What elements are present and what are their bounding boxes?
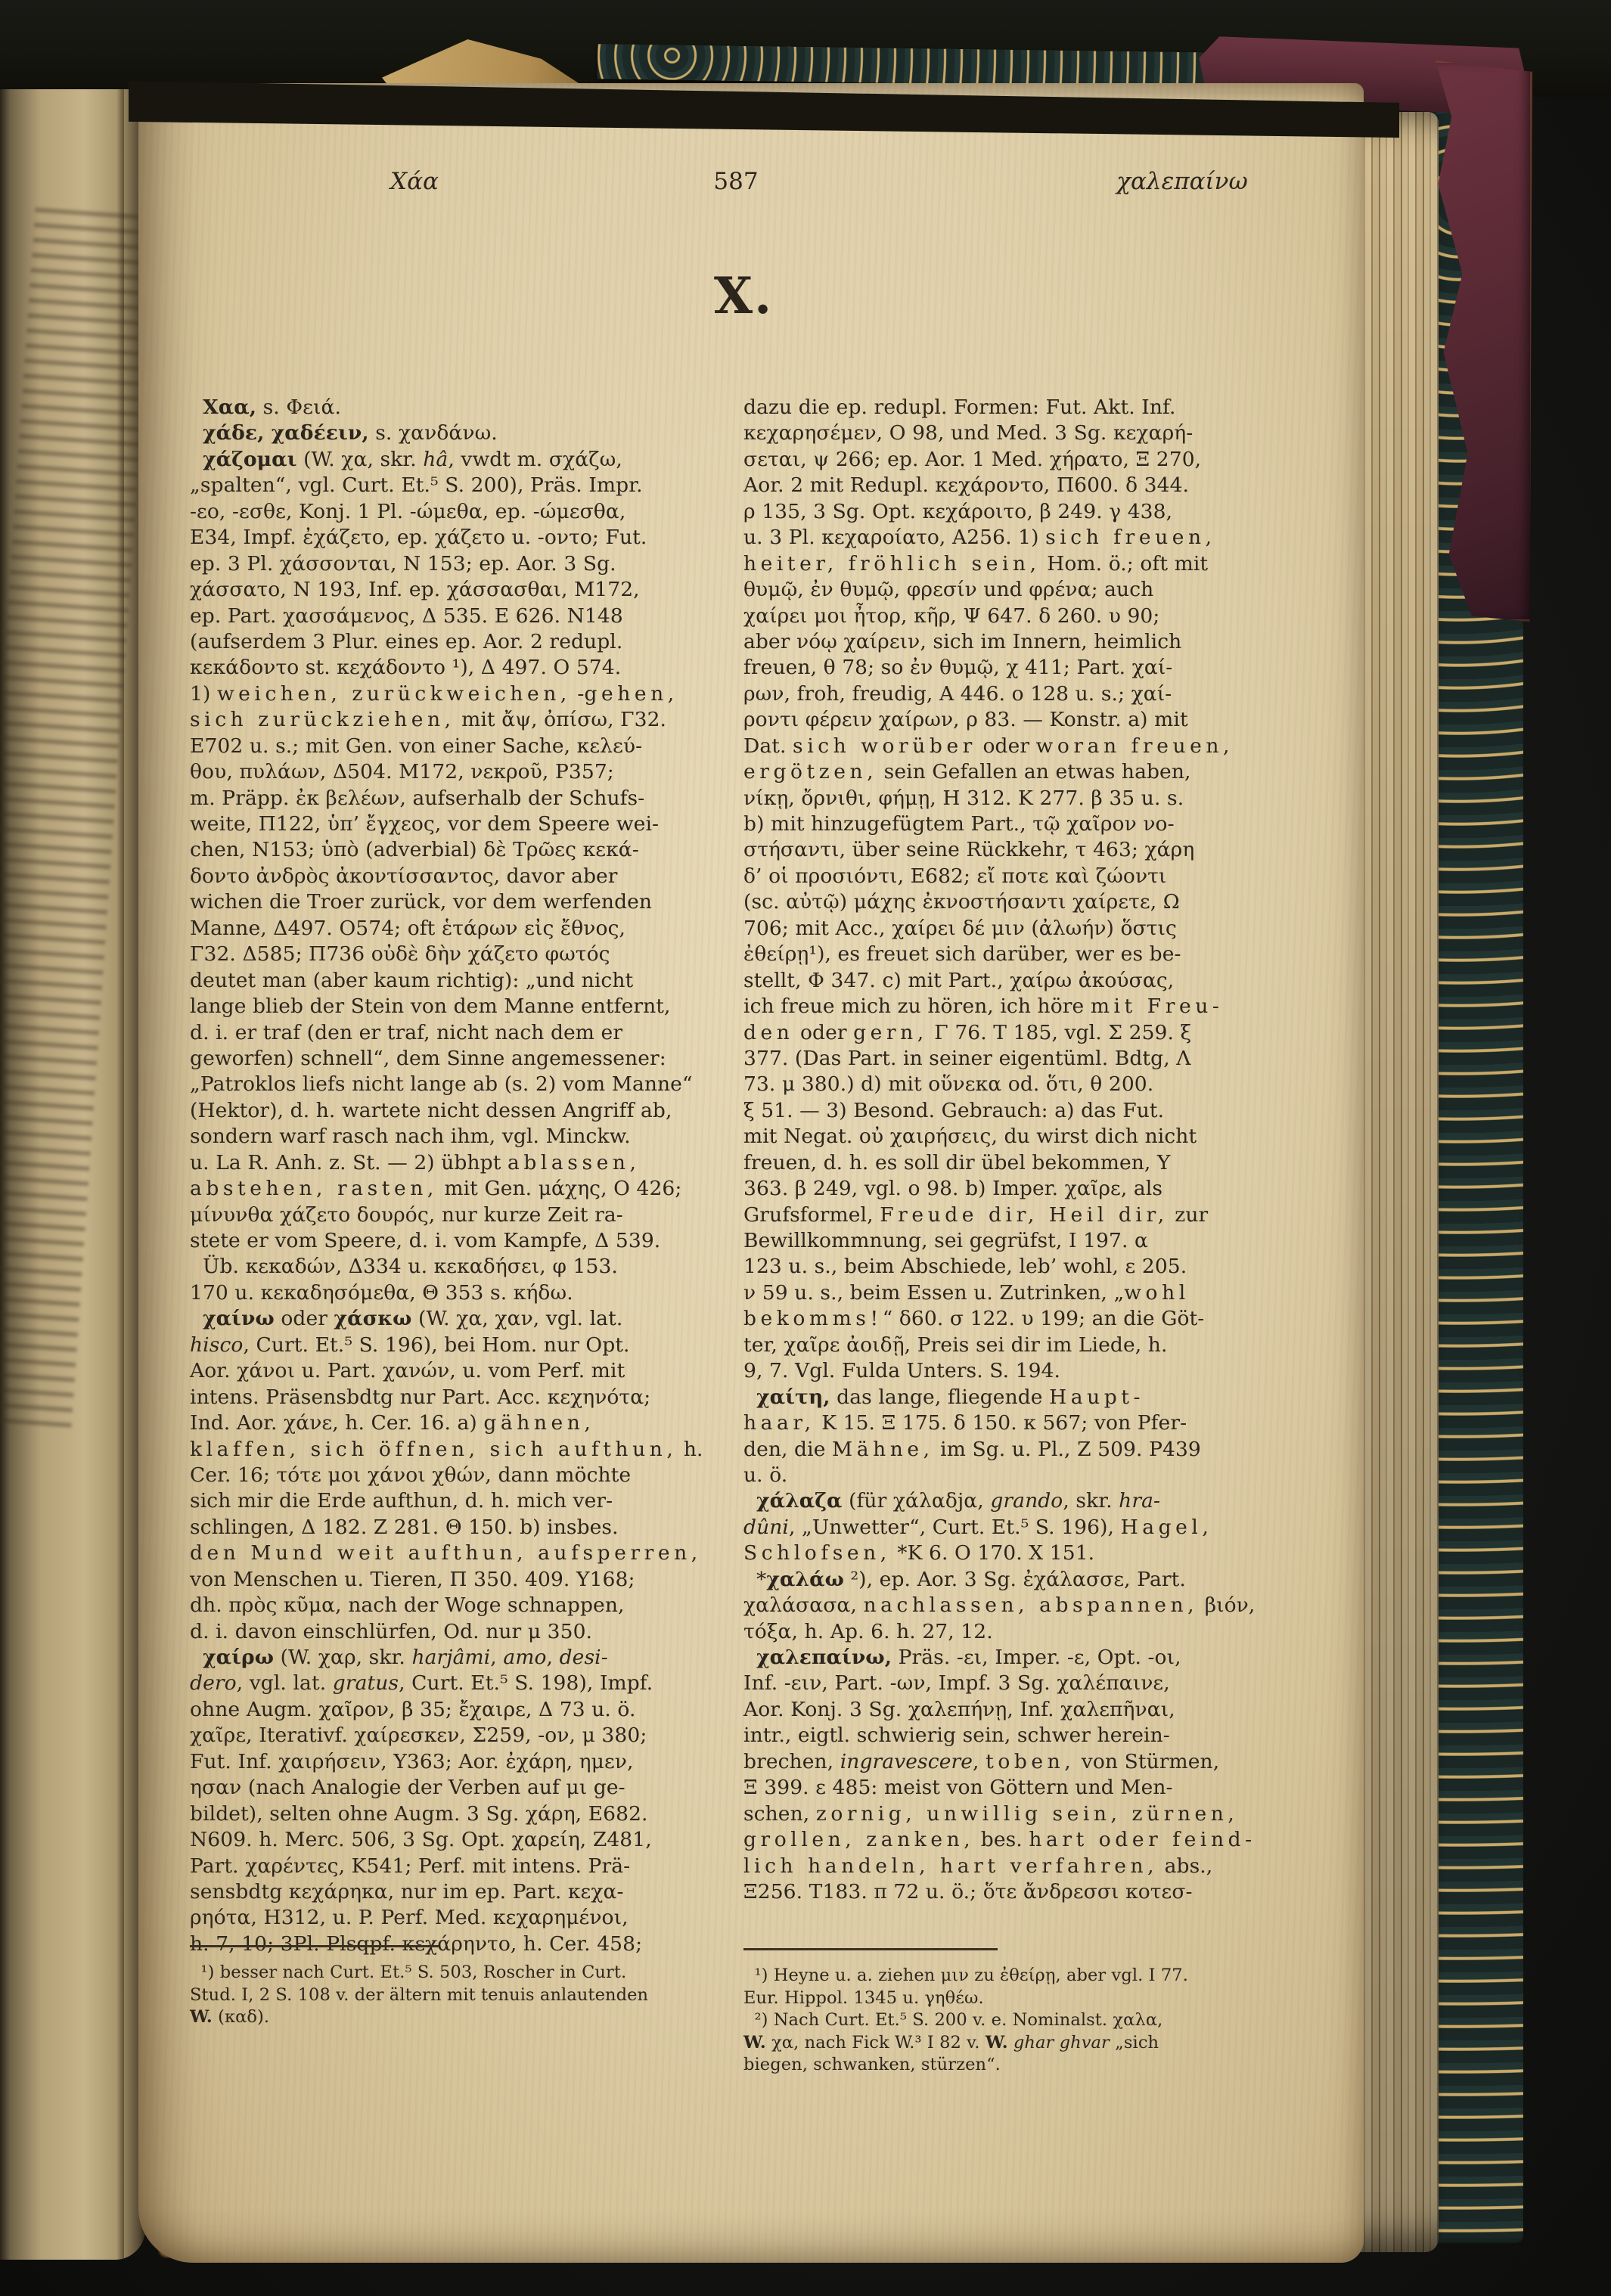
- page-block-edges: [1358, 112, 1439, 2252]
- text-line: Aor. Konj. 3 Sg. χαλεπήνῃ, Inf. χαλεπῆνα…: [743, 1697, 1297, 1723]
- text-line: stete er vom Speere, d. i. vom Kampfe, Δ…: [190, 1228, 730, 1254]
- text-line: abstehen, rasten, mit Gen. μάχης, Ο 426;: [190, 1176, 730, 1202]
- text-line: Üb. κεκαδών, Δ334 u. κεκαδήσει, φ 153.: [190, 1254, 730, 1280]
- text-line: 377. (Das Part. in seiner eigentüml. Bdt…: [743, 1046, 1297, 1072]
- text-line: Manne, Δ497. Ο574; oft ἑτάρων εἰς ἔθνος,: [190, 916, 730, 942]
- text-line: Ξ256. Τ183. π 72 u. ö.; ὅτε ἄνδρεσσι κοτ…: [743, 1879, 1297, 1905]
- text-line: Ind. Aor. χάνε, h. Cer. 16. a) gähnen,: [190, 1410, 730, 1436]
- text-line: lange blieb der Stein von dem Manne entf…: [190, 994, 730, 1019]
- text-line: Ξ 399. ε 485: meist von Göttern und Men-: [743, 1775, 1297, 1801]
- text-line: ¹) Heyne u. a. ziehen μιν zu ἐθείρῃ, abe…: [743, 1965, 1297, 1987]
- text-line: „spalten“, vgl. Curt. Et.⁵ S. 200), Präs…: [190, 473, 730, 498]
- text-line: -εο, -εσθε, Konj. 1 Pl. -ώμεθα, ep. -ώμε…: [190, 499, 730, 525]
- text-line: Ε702 u. s.; mit Gen. von einer Sache, κε…: [190, 734, 730, 759]
- text-line: biegen, schwanken, stürzen“.: [743, 2054, 1297, 2077]
- text-line: χαλεπαίνω, Präs. -ει, Imper. -ε, Opt. -ο…: [743, 1645, 1297, 1671]
- text-line: 170 u. κεκαδησόμεθα, Θ 353 s. κήδω.: [190, 1280, 730, 1306]
- text-line: Dat. sich worüber oder woran freuen,: [743, 734, 1297, 759]
- text-line: geworfen) schnell“, dem Sinne angemessen…: [190, 1046, 730, 1072]
- text-line: bildet), selten ohne Augm. 3 Sg. χάρη, Ε…: [190, 1801, 730, 1827]
- text-line: intens. Präsensbdtg nur Part. Acc. κεχην…: [190, 1385, 730, 1410]
- text-line: Aor. 2 mit Redupl. κεχάροντο, Π600. δ 34…: [743, 473, 1297, 498]
- text-line: schlingen, Δ 182. Ζ 281. Θ 150. b) insbe…: [190, 1515, 730, 1540]
- text-line: d. i. davon einschlürfen, Od. nur μ 350.: [190, 1619, 730, 1645]
- text-line: chen, Ν153; ὑπὸ (adverbial) δὲ Τρῶες κεκ…: [190, 837, 730, 863]
- text-column-left: Χαα, s. Φειά. χάδε, χαδέειν, s. χανδάνω.…: [190, 395, 730, 1957]
- text-line: m. Präpp. ἐκ βελέων, aufserhalb der Schu…: [190, 786, 730, 811]
- text-line: στήσαντι, über seine Rückkehr, τ 463; χά…: [743, 837, 1297, 863]
- text-line: sich zurückziehen, mit ἄψ, ὀπίσω, Γ32.: [190, 707, 730, 733]
- text-line: dero, vgl. lat. gratus, Curt. Et.⁵ S. 19…: [190, 1671, 730, 1696]
- text-line: χαίρω (W. χαρ, skr. harjâmi, amo, desi-: [190, 1645, 730, 1671]
- footnotes-right: ¹) Heyne u. a. ziehen μιν zu ἐθείρῃ, abe…: [743, 1965, 1297, 2077]
- text-line: Χαα, s. Φειά.: [190, 395, 730, 420]
- text-line: Cer. 16; τότε μοι χάνοι χθών, dann möcht…: [190, 1463, 730, 1488]
- text-line: ergötzen, sein Gefallen an etwas haben,: [743, 759, 1297, 785]
- text-line: ter, χαῖρε ἀοιδῇ, Preis sei dir im Liede…: [743, 1333, 1297, 1358]
- text-line: Stud. I, 2 S. 108 v. der ältern mit tenu…: [190, 1984, 730, 2007]
- running-head-last-word: χαλεπαίνω: [1084, 168, 1280, 195]
- text-line: (aufserdem 3 Plur. eines ep. Aor. 2 redu…: [190, 629, 730, 655]
- text-line: u. 3 Pl. κεχαροίατο, Α256. 1) sich freue…: [743, 525, 1297, 551]
- text-line: bekomms!“ δ60. σ 122. υ 199; an die Göt-: [743, 1306, 1297, 1332]
- text-line: χαῖρε, Iterativf. χαίρεσκεν, Σ259, -ον, …: [190, 1723, 730, 1748]
- text-line: u. La R. Anh. z. St. — 2) übhpt ablassen…: [190, 1150, 730, 1176]
- text-line: b) mit hinzugefügtem Part., τῷ χαῖρον νο…: [743, 811, 1297, 837]
- text-line: dûni, „Unwetter“, Curt. Et.⁵ S. 196), Ha…: [743, 1515, 1297, 1540]
- text-line: 706; mit Acc., χαίρει δέ μιν (ἀλωήν) ὅστ…: [743, 916, 1297, 942]
- text-line: ich freue mich zu hören, ich höre mit Fr…: [743, 994, 1297, 1019]
- text-line: W. (καδ).: [190, 2006, 730, 2029]
- text-line: σεται, ψ 266; ep. Aor. 1 Med. χήρατο, Ξ …: [743, 447, 1297, 473]
- text-line: mit Negat. οὐ χαιρήσεις, du wirst dich n…: [743, 1124, 1297, 1150]
- text-line: κεκάδοντο st. κεχάδοντο ¹), Δ 497. Ο 574…: [190, 655, 730, 681]
- text-line: *χαλάω ²), ep. Aor. 3 Sg. ἐχάλασσε, Part…: [743, 1567, 1297, 1593]
- previous-page-gutter: [0, 89, 145, 2260]
- text-line: weite, Π122, ὑπ’ ἔγχεος, vor dem Speere …: [190, 811, 730, 837]
- text-line: u. ö.: [743, 1463, 1297, 1488]
- text-column-right: dazu die ep. redupl. Formen: Fut. Akt. I…: [743, 395, 1297, 1905]
- text-line: hisco, Curt. Et.⁵ S. 196), bei Hom. nur …: [190, 1333, 730, 1358]
- text-line: dh. πρὸς κῦμα, nach der Woge schnappen,: [190, 1593, 730, 1618]
- text-line: sondern warf rasch nach ihm, vgl. Minckw…: [190, 1124, 730, 1150]
- text-line: ρων, froh, freudig, Α 446. ο 128 u. s.; …: [743, 681, 1297, 707]
- text-line: den Mund weit aufthun, aufsperren,: [190, 1540, 730, 1566]
- text-line: schen, zornig, unwillig sein, zürnen,: [743, 1801, 1297, 1827]
- text-line: ep. 3 Pl. χάσσονται, Ν 153; ep. Aor. 3 S…: [190, 551, 730, 577]
- text-line: sensbdtg κεχάρηκα, nur im ep. Part. κεχα…: [190, 1879, 730, 1905]
- text-line: χαλάσασα, nachlassen, abspannen, βιόν,: [743, 1593, 1297, 1618]
- text-line: τόξα, h. Ap. 6. h. 27, 12.: [743, 1619, 1297, 1645]
- text-line: ²) Nach Curt. Et.⁵ S. 200 v. e. Nominals…: [743, 2009, 1297, 2032]
- text-line: klaffen, sich öffnen, sich aufthun, h.: [190, 1437, 730, 1463]
- text-line: freuen, θ 78; so ἐν θυμῷ, χ 411; Part. χ…: [743, 655, 1297, 681]
- text-line: Part. χαρέντες, Κ541; Perf. mit intens. …: [190, 1854, 730, 1879]
- text-line: grollen, zanken, bes. hart oder feind-: [743, 1827, 1297, 1853]
- text-line: χαίρει μοι ἦτορ, κῆρ, Ψ 647. δ 260. υ 90…: [743, 603, 1297, 629]
- text-line: δοντο ἀνδρὸς ἀκοντίσσαντος, davor aber: [190, 864, 730, 889]
- text-line: νίκῃ, ὄρνιθι, φήμῃ, Η 312. Κ 277. β 35 u…: [743, 786, 1297, 811]
- text-line: den, die Mähne, im Sg. u. Pl., Ζ 509. Ρ4…: [743, 1437, 1297, 1463]
- text-line: d. i. er traf (den er traf, nicht nach d…: [190, 1020, 730, 1046]
- text-line: χαίνω oder χάσκω (W. χα, χαν, vgl. lat.: [190, 1306, 730, 1332]
- text-line: Inf. -ειν, Part. -ων, Impf. 3 Sg. χαλέπα…: [743, 1671, 1297, 1696]
- text-line: sich mir die Erde aufthun, d. h. mich ve…: [190, 1488, 730, 1514]
- text-line: ρ 135, 3 Sg. Opt. κεχάροιτο, β 249. γ 43…: [743, 499, 1297, 525]
- text-line: δ’ οἱ προσιόντι, Ε682; εἴ ποτε καὶ ζώοντ…: [743, 864, 1297, 889]
- text-line: W. χα, nach Fick W.³ I 82 v. W. ghar ghv…: [743, 2032, 1297, 2055]
- text-line: ep. Part. χασσάμενος, Δ 535. Ε 626. Ν148: [190, 603, 730, 629]
- text-line: freuen, d. h. es soll dir übel bekommen,…: [743, 1150, 1297, 1176]
- text-line: (sc. αὐτῷ) μάχης ἐκνοστήσαντι χαίρετε, Ω: [743, 889, 1297, 915]
- text-line: 1) weichen, zurückweichen, -gehen,: [190, 681, 730, 707]
- text-line: lich handeln, hart verfahren, abs.,: [743, 1854, 1297, 1879]
- text-line: haar, Κ 15. Ξ 175. δ 150. κ 567; von Pfe…: [743, 1410, 1297, 1436]
- text-line: ohne Augm. χαῖρον, β 35; ἔχαιρε, Δ 73 u.…: [190, 1697, 730, 1723]
- book-scan-stage: Χάα 587 χαλεπαίνω X. Χαα, s. Φειά. χάδε,…: [0, 0, 1611, 2296]
- text-line: Γ32. Δ585; Π736 οὐδὲ δὴν χάζετο φωτός: [190, 942, 730, 967]
- text-line: Eur. Hippol. 1345 u. γηθέω.: [743, 1987, 1297, 2010]
- text-line: ξ 51. — 3) Besond. Gebrauch: a) das Fut.: [743, 1098, 1297, 1124]
- text-line: dazu die ep. redupl. Formen: Fut. Akt. I…: [743, 395, 1297, 420]
- text-line: χάσσατο, Ν 193, Inf. ep. χάσσασθαι, Μ172…: [190, 577, 730, 603]
- text-line: deutet man (aber kaum richtig): „und nic…: [190, 968, 730, 994]
- section-letter-heading: X.: [138, 266, 1349, 325]
- text-line: aber νόῳ χαίρειν, sich im Innern, heimli…: [743, 629, 1297, 655]
- text-line: 73. μ 380.) d) mit οὕνεκα od. ὅτι, θ 200…: [743, 1072, 1297, 1097]
- text-line: Fut. Inf. χαιρήσειν, Υ363; Aor. ἐχάρη, η…: [190, 1749, 730, 1775]
- text-line: ροντι φέρειν χαίρων, ρ 83. — Konstr. a) …: [743, 707, 1297, 733]
- text-line: θου, πυλάων, Δ504. Μ172, νεκροῦ, Ρ357;: [190, 759, 730, 785]
- footnote-separator-right: [743, 1948, 998, 1950]
- text-line: heiter, fröhlich sein, Hom. ö.; oft mit: [743, 551, 1297, 577]
- text-line: χάλαζα (für χάλαδjα, grando, skr. hra-: [743, 1488, 1297, 1514]
- text-line: von Menschen u. Tieren, Π 350. 409. Υ168…: [190, 1567, 730, 1593]
- text-line: intr., eigtl. schwierig sein, schwer her…: [743, 1723, 1297, 1748]
- text-line: Schlofsen, *Κ 6. Ο 170. Χ 151.: [743, 1540, 1297, 1566]
- text-line: stellt, Φ 347. c) mit Part., χαίρω ἀκούσ…: [743, 968, 1297, 994]
- text-line: χάζομαι (W. χα, skr. hâ, vwdt m. σχάζω,: [190, 447, 730, 473]
- text-line: Ε34, Impf. ἐχάζετο, ep. χάζετο u. -οντο;…: [190, 525, 730, 551]
- text-line: Aor. χάνοι u. Part. χανών, u. vom Perf. …: [190, 1358, 730, 1384]
- text-line: wichen die Troer zurück, vor dem werfend…: [190, 889, 730, 915]
- text-line: μίνυνθα χάζετο δουρός, nur kurze Zeit ra…: [190, 1202, 730, 1228]
- text-line: ¹) besser nach Curt. Et.⁵ S. 503, Rosche…: [190, 1962, 730, 1984]
- running-head: Χάα 587 χαλεπαίνω: [138, 168, 1364, 201]
- text-line: χάδε, χαδέειν, s. χανδάνω.: [190, 420, 730, 446]
- text-line: θυμῷ, ἐν θυμῷ, φρεσίν und φρένα; auch: [743, 577, 1297, 603]
- text-line: χαίτη, das lange, fliegende Haupt-: [743, 1385, 1297, 1410]
- text-line: Grufsformel, Freude dir, Heil dir, zur: [743, 1202, 1297, 1228]
- text-line: Ν609. h. Merc. 506, 3 Sg. Opt. χαρείη, Ζ…: [190, 1827, 730, 1853]
- text-line: κεχαρησέμεν, Ο 98, und Med. 3 Sg. κεχαρή…: [743, 420, 1297, 446]
- text-line: ν 59 u. s., beim Essen u. Zutrinken, „wo…: [743, 1280, 1297, 1306]
- page-number: 587: [660, 168, 812, 195]
- text-line: Bewillkommnung, sei gegrüfst, Ι 197. α: [743, 1228, 1297, 1254]
- text-line: (Hektor), d. h. wartete nicht dessen Ang…: [190, 1098, 730, 1124]
- running-head-first-word: Χάα: [335, 168, 494, 195]
- text-line: 9, 7. Vgl. Fulda Unters. S. 194.: [743, 1358, 1297, 1384]
- text-line: den oder gern, Γ 76. Τ 185, vgl. Σ 259. …: [743, 1020, 1297, 1046]
- footnote-separator-left: [190, 1945, 439, 1947]
- text-line: brechen, ingravescere, toben, von Stürme…: [743, 1749, 1297, 1775]
- text-line: „Patroklos liefs nicht lange ab (s. 2) v…: [190, 1072, 730, 1097]
- text-line: 123 u. s., beim Abschiede, leb’ wohl, ε …: [743, 1254, 1297, 1280]
- text-line: ησαν (nach Analogie der Verben auf μι ge…: [190, 1775, 730, 1801]
- text-line: ἐθείρῃ¹), es freuet sich darüber, wer es…: [743, 942, 1297, 967]
- dictionary-page: Χάα 587 χαλεπαίνω X. Χαα, s. Φειά. χάδε,…: [138, 83, 1364, 2263]
- footnotes-left: ¹) besser nach Curt. Et.⁵ S. 503, Rosche…: [190, 1962, 730, 2029]
- text-line: 363. β 249, vgl. ο 98. b) Imper. χαῖρε, …: [743, 1176, 1297, 1202]
- text-line: ρηότα, Η312, u. P. Perf. Med. κεχαρημένο…: [190, 1905, 730, 1931]
